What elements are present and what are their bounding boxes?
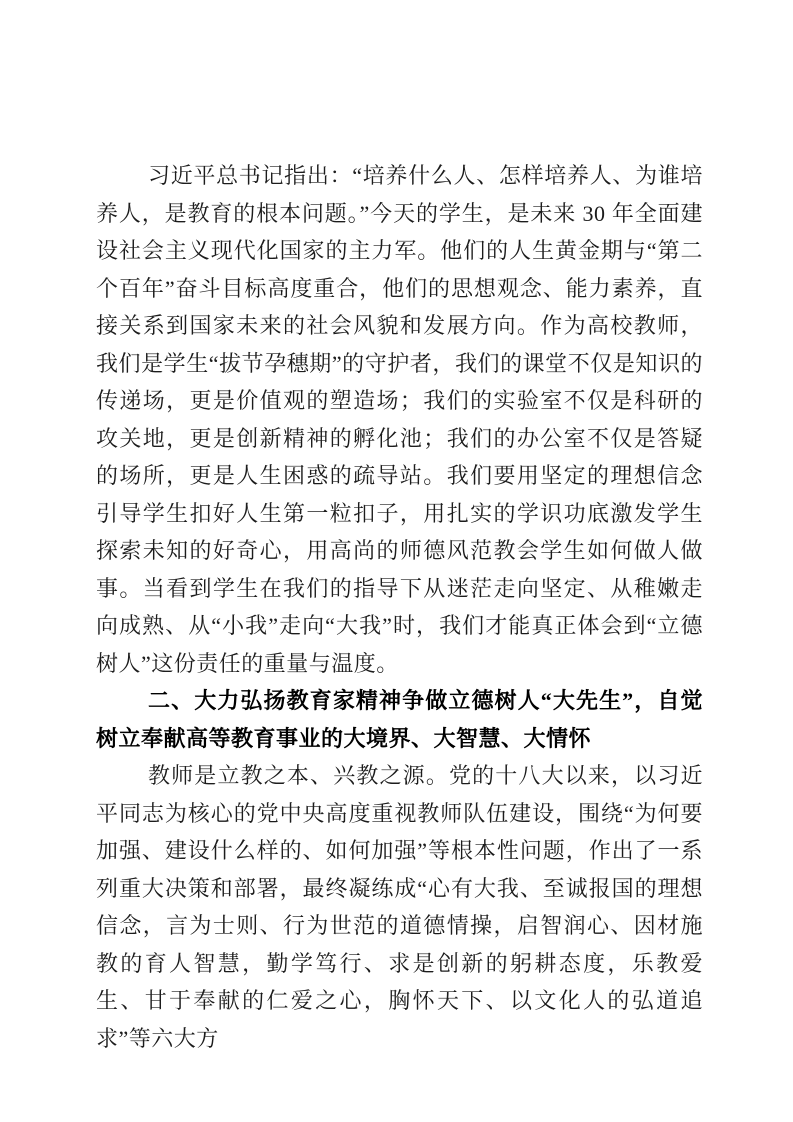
section-heading: 二、大力弘扬教育家精神争做立德树人“大先生”，自觉树立奉献高等教育事业的大境界、… xyxy=(96,682,703,757)
document-body: 习近平总书记指出：“培养什么人、怎样培养人、为谁培养人，是教育的根本问题。”今天… xyxy=(96,157,703,1057)
paragraph-intro: 习近平总书记指出：“培养什么人、怎样培养人、为谁培养人，是教育的根本问题。”今天… xyxy=(96,157,703,682)
document-page: 习近平总书记指出：“培养什么人、怎样培养人、为谁培养人，是教育的根本问题。”今天… xyxy=(0,0,793,1122)
paragraph-section-body: 教师是立教之本、兴教之源。党的十八大以来，以习近平同志为核心的党中央高度重视教师… xyxy=(96,757,703,1057)
